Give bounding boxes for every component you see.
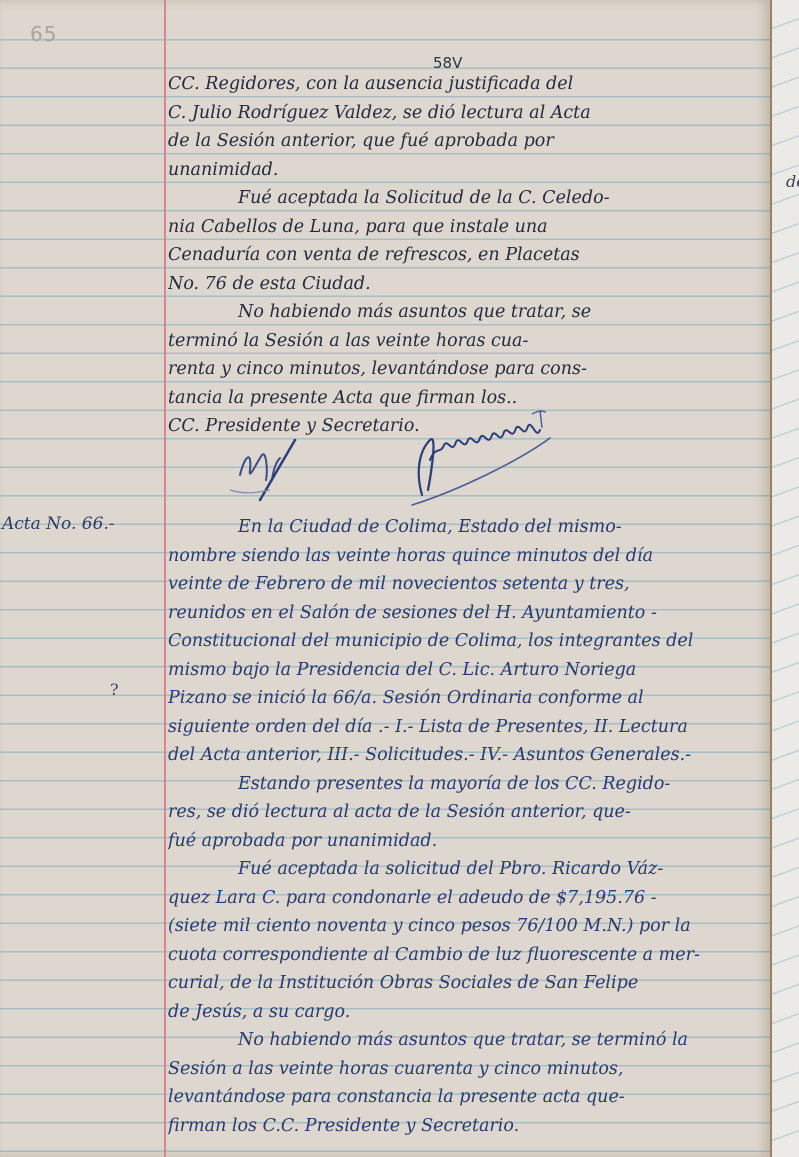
text-line: En la Ciudad de Colima, Estado del mismo… <box>168 513 763 542</box>
text-line: reunidos en el Salón de sesiones del H. … <box>168 599 763 628</box>
text-line: mismo bajo la Presidencia del C. Lic. Ar… <box>168 656 763 685</box>
text-line: Sesión a las veinte horas cuarenta y cin… <box>168 1055 763 1084</box>
text-line: levantándose para constancia la presente… <box>168 1083 763 1112</box>
text-line: terminó la Sesión a las veinte horas cua… <box>168 327 763 356</box>
text-line: Cenaduría con venta de refrescos, en Pla… <box>168 241 763 270</box>
text-line: Constitucional del municipio de Colima, … <box>168 627 763 656</box>
act-66-text: En la Ciudad de Colima, Estado del mismo… <box>168 513 763 1140</box>
previous-act-text: CC. Regidores, con la ausencia justifica… <box>168 70 763 441</box>
text-line: C. Julio Rodríguez Valdez, se dió lectur… <box>168 99 763 128</box>
text-line: CC. Regidores, con la ausencia justifica… <box>168 70 763 99</box>
text-line: Estando presentes la mayoría de los CC. … <box>168 770 763 799</box>
text-line: res, se dió lectura al acta de la Sesión… <box>168 798 763 827</box>
text-line: veinte de Febrero de mil novecientos set… <box>168 570 763 599</box>
text-line: No habiendo más asuntos que tratar, se <box>168 298 763 327</box>
text-line: nia Cabellos de Luna, para que instale u… <box>168 213 763 242</box>
text-line: quez Lara C. para condonarle el adeudo d… <box>168 884 763 913</box>
page-stamp-number: 65 <box>30 22 57 46</box>
text-line: firman los C.C. Presidente y Secretario. <box>168 1112 763 1141</box>
text-line: siguiente orden del día .- I.- Lista de … <box>168 713 763 742</box>
text-line: No habiendo más asuntos que tratar, se t… <box>168 1026 763 1055</box>
act-number-label: Acta No. 66.- <box>2 514 115 534</box>
text-line: Pizano se inició la 66/a. Sesión Ordinar… <box>168 684 763 713</box>
red-margin-line <box>164 0 166 1157</box>
margin-annotation-mark: ? <box>110 680 119 699</box>
text-line: (siete mil ciento noventa y cinco pesos … <box>168 912 763 941</box>
text-line: cuota correspondiente al Cambio de luz f… <box>168 941 763 970</box>
text-line: Fué aceptada la solicitud del Pbro. Rica… <box>168 855 763 884</box>
text-line: del Acta anterior, III.- Solicitudes.- I… <box>168 741 763 770</box>
text-line: de la Sesión anterior, que fué aprobada … <box>168 127 763 156</box>
text-line: Fué aceptada la Solicitud de la C. Celed… <box>168 184 763 213</box>
text-line: curial, de la Institución Obras Sociales… <box>168 969 763 998</box>
text-line: No. 76 de esta Ciudad. <box>168 270 763 299</box>
text-line: renta y cinco minutos, levantándose para… <box>168 355 763 384</box>
text-line: de Jesús, a su cargo. <box>168 998 763 1027</box>
text-line: unanimidad. <box>168 156 763 185</box>
facing-page-text: de <box>786 172 799 191</box>
president-signature <box>200 420 320 510</box>
text-line: fué aprobada por unanimidad. <box>168 827 763 856</box>
facing-page-edge: de <box>772 0 799 1157</box>
ledger-page: 65 58V CC. Regidores, con la ausencia ju… <box>0 0 772 1157</box>
text-line: nombre siendo las veinte horas quince mi… <box>168 542 763 571</box>
secretary-signature <box>400 400 570 520</box>
